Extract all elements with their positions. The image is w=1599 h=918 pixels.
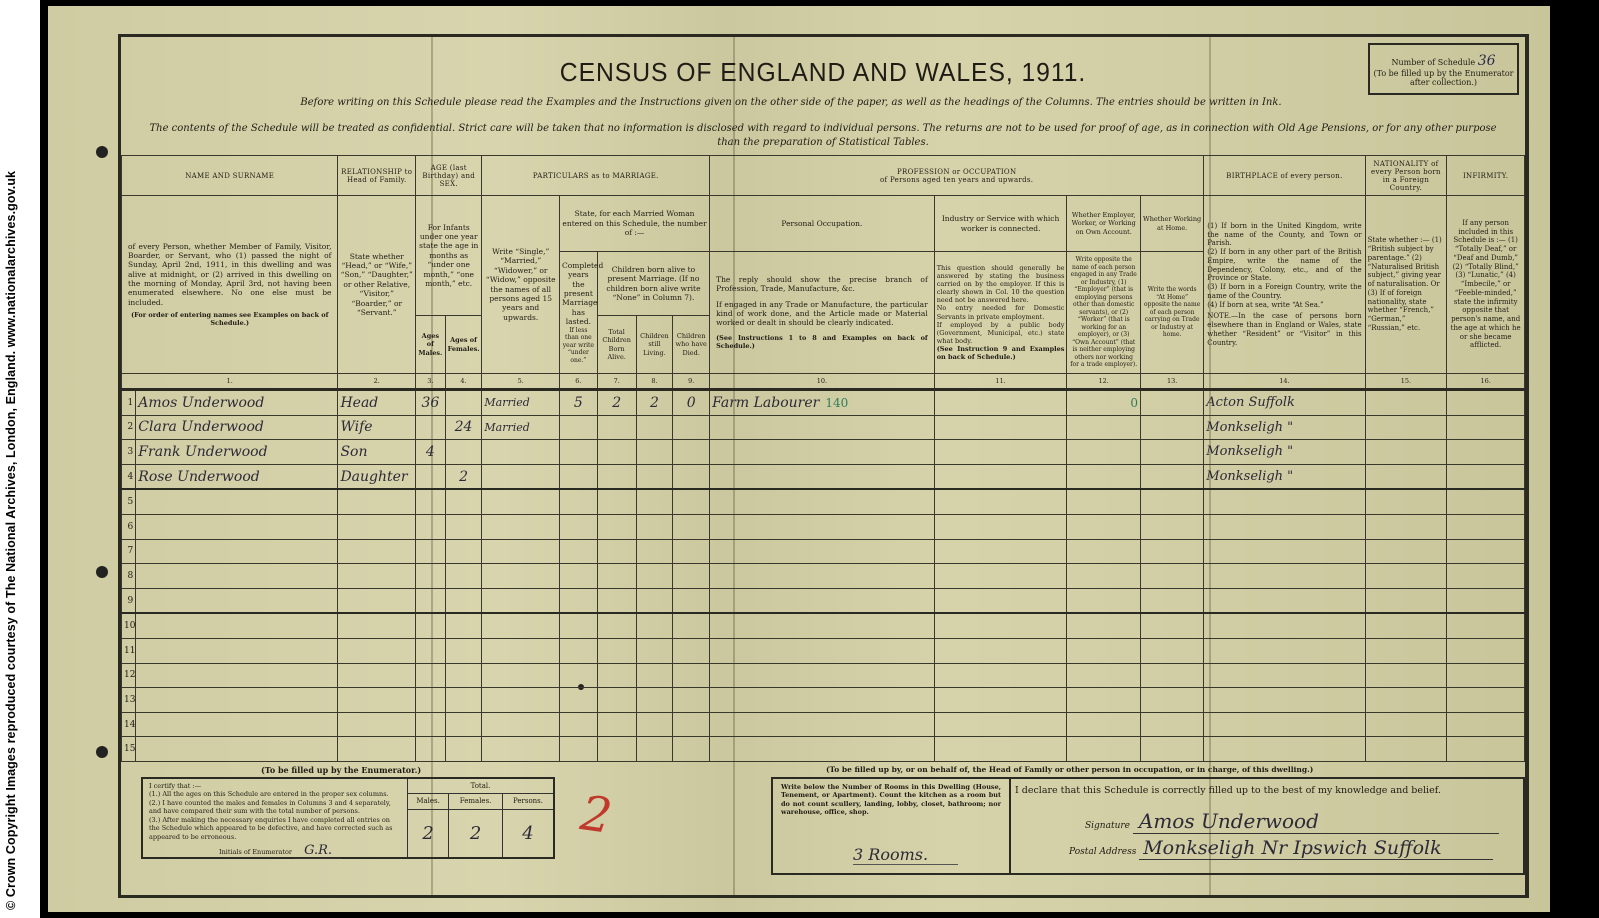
marriage-years-cell[interactable] — [560, 415, 598, 440]
row-number: 4 — [122, 464, 136, 489]
industry-cell[interactable] — [934, 539, 1067, 564]
table-row: 4Rose UnderwoodDaughter2Monkseligh " — [122, 464, 1525, 489]
children-died-cell[interactable] — [673, 539, 710, 564]
employer-cell[interactable]: 0 — [1067, 390, 1141, 416]
age-female-cell[interactable] — [445, 489, 482, 514]
enumerator-certificate-box: I certify that :— (1.) All the ages on t… — [141, 777, 555, 859]
declaration-box: I declare that this Schedule is correctl… — [1007, 777, 1525, 875]
children-total-cell[interactable] — [597, 440, 636, 465]
occupation-cell[interactable]: Farm Labourer140 — [710, 390, 935, 416]
relationship-cell[interactable] — [338, 514, 416, 539]
age-male-cell[interactable] — [416, 564, 446, 589]
children-died-cell[interactable] — [673, 688, 710, 713]
children-died-cell[interactable] — [673, 489, 710, 514]
children-living-cell[interactable] — [636, 737, 673, 762]
relationship-cell[interactable] — [338, 712, 416, 737]
marriage-years-cell[interactable] — [560, 663, 598, 688]
working-at-home-cell[interactable] — [1140, 415, 1203, 440]
name-cell[interactable]: Frank Underwood — [136, 440, 338, 465]
relationship-cell[interactable]: Daughter — [338, 464, 416, 489]
marital-status-cell[interactable]: Married — [482, 390, 560, 416]
occupation-cell[interactable] — [710, 514, 935, 539]
children-total-cell[interactable] — [597, 613, 636, 638]
infirmity-cell[interactable] — [1447, 564, 1525, 589]
page-title: CENSUS OF ENGLAND AND WALES, 1911. — [156, 57, 1490, 88]
age-male-cell[interactable] — [416, 638, 446, 663]
name-cell[interactable] — [136, 489, 338, 514]
industry-cell[interactable] — [934, 464, 1067, 489]
personal-occupation-instructions: The reply should show the precise branch… — [710, 252, 935, 374]
birthplace-cell[interactable] — [1204, 564, 1365, 589]
employer-cell[interactable] — [1067, 415, 1141, 440]
marriage-status-instructions: Write “Single,” “Married,” “Widower,” or… — [482, 196, 560, 374]
marital-status-cell[interactable] — [482, 489, 560, 514]
heading-marriage: PARTICULARS as to MARRIAGE. — [482, 156, 710, 196]
age-male-cell[interactable] — [416, 613, 446, 638]
name-cell[interactable]: Rose Underwood — [136, 464, 338, 489]
children-total-cell[interactable] — [597, 737, 636, 762]
birthplace-cell[interactable] — [1204, 489, 1365, 514]
children-living-cell[interactable] — [636, 588, 673, 613]
nationality-cell[interactable] — [1365, 638, 1447, 663]
children-total-cell[interactable] — [597, 638, 636, 663]
head-of-family-section-title: (To be filled up by, or on behalf of, th… — [826, 765, 1313, 774]
relationship-cell[interactable] — [338, 489, 416, 514]
marriage-years-cell[interactable] — [560, 712, 598, 737]
heading-birthplace: BIRTHPLACE of every person. — [1204, 156, 1365, 196]
employer-cell[interactable] — [1067, 464, 1141, 489]
children-total-cell[interactable] — [597, 539, 636, 564]
heading-total-children: Total Children Born Alive. — [597, 316, 636, 374]
marriage-years-cell[interactable] — [560, 588, 598, 613]
birthplace-cell[interactable] — [1204, 638, 1365, 663]
employer-cell[interactable] — [1067, 489, 1141, 514]
employer-cell[interactable] — [1067, 638, 1141, 663]
age-male-cell[interactable] — [416, 415, 446, 440]
table-row: 6 — [122, 514, 1525, 539]
infirmity-instructions: If any person included in this Schedule … — [1447, 196, 1525, 374]
birthplace-cell[interactable] — [1204, 688, 1365, 713]
infirmity-cell[interactable] — [1447, 390, 1525, 416]
infirmity-cell[interactable] — [1447, 638, 1525, 663]
industry-cell[interactable] — [934, 638, 1067, 663]
infirmity-cell[interactable] — [1447, 464, 1525, 489]
nationality-cell[interactable] — [1365, 613, 1447, 638]
children-living-cell[interactable] — [636, 712, 673, 737]
marriage-years-cell[interactable] — [560, 440, 598, 465]
birthplace-cell[interactable]: Monkseligh " — [1204, 440, 1365, 465]
nationality-cell[interactable] — [1365, 663, 1447, 688]
age-male-cell[interactable] — [416, 539, 446, 564]
marital-status-cell[interactable] — [482, 737, 560, 762]
employer-cell[interactable] — [1067, 564, 1141, 589]
nationality-cell[interactable] — [1365, 415, 1447, 440]
birthplace-cell[interactable]: Monkseligh " — [1204, 464, 1365, 489]
working-at-home-cell[interactable] — [1140, 464, 1203, 489]
children-total-cell[interactable] — [597, 489, 636, 514]
name-cell[interactable] — [136, 663, 338, 688]
age-male-cell[interactable]: 36 — [416, 390, 446, 416]
working-at-home-cell[interactable] — [1140, 588, 1203, 613]
birthplace-cell[interactable] — [1204, 588, 1365, 613]
children-died-cell[interactable] — [673, 613, 710, 638]
employer-cell[interactable] — [1067, 514, 1141, 539]
children-died-cell[interactable] — [673, 564, 710, 589]
children-total-cell[interactable] — [597, 464, 636, 489]
children-total-cell[interactable]: 2 — [597, 390, 636, 416]
children-died-cell[interactable] — [673, 712, 710, 737]
employer-code: 0 — [1130, 396, 1138, 410]
nationality-cell[interactable] — [1365, 440, 1447, 465]
age-male-cell[interactable] — [416, 489, 446, 514]
red-pencil-mark: 2 — [577, 785, 615, 845]
age-female-cell[interactable]: 24 — [445, 415, 482, 440]
copyright-text: © Crown Copyright Images reproduced cour… — [4, 130, 18, 910]
working-at-home-cell[interactable] — [1140, 663, 1203, 688]
heading-children-living: Children still Living. — [636, 316, 673, 374]
marital-status-cell[interactable] — [482, 712, 560, 737]
name-cell[interactable] — [136, 712, 338, 737]
nationality-cell[interactable] — [1365, 588, 1447, 613]
working-at-home-cell[interactable] — [1140, 638, 1203, 663]
table-row: 7 — [122, 539, 1525, 564]
relationship-cell[interactable] — [338, 564, 416, 589]
total-females[interactable]: 2 — [449, 809, 503, 857]
occupation-cell[interactable] — [710, 663, 935, 688]
punch-hole — [96, 566, 108, 578]
occupation-cell[interactable] — [710, 712, 935, 737]
children-total-cell[interactable] — [597, 712, 636, 737]
table-row: 2Clara UnderwoodWife24MarriedMonkseligh … — [122, 415, 1525, 440]
working-at-home-cell[interactable] — [1140, 712, 1203, 737]
children-total-cell[interactable] — [597, 415, 636, 440]
relationship-cell[interactable] — [338, 638, 416, 663]
row-number: 10 — [122, 613, 136, 638]
age-male-cell[interactable] — [416, 737, 446, 762]
marital-status-cell[interactable] — [482, 539, 560, 564]
children-total-cell[interactable] — [597, 514, 636, 539]
name-cell[interactable] — [136, 613, 338, 638]
birthplace-instructions: (1) If born in the United Kingdom, write… — [1204, 196, 1365, 374]
table-row: 11 — [122, 638, 1525, 663]
punch-hole — [96, 746, 108, 758]
occupation-cell[interactable] — [710, 564, 935, 589]
married-woman-instructions: State, for each Married Woman entered on… — [560, 196, 710, 252]
marriage-years-cell[interactable] — [560, 539, 598, 564]
marriage-years-cell[interactable] — [560, 514, 598, 539]
relationship-cell[interactable]: Son — [338, 440, 416, 465]
infirmity-cell[interactable] — [1447, 663, 1525, 688]
age-female-cell[interactable] — [445, 688, 482, 713]
relationship-cell[interactable] — [338, 663, 416, 688]
punch-hole — [96, 146, 108, 158]
marriage-years-cell[interactable] — [560, 638, 598, 663]
industry-cell[interactable] — [934, 688, 1067, 713]
total-persons[interactable]: 4 — [502, 809, 553, 857]
name-cell[interactable]: Clara Underwood — [136, 415, 338, 440]
age-female-cell[interactable] — [445, 588, 482, 613]
rooms-instruction: Write below the Number of Rooms in this … — [773, 779, 1009, 821]
age-female-cell[interactable] — [445, 663, 482, 688]
postal-address-field[interactable]: Monkseligh Nr Ipswich Suffolk — [1139, 837, 1493, 860]
age-female-cell[interactable] — [445, 613, 482, 638]
children-died-cell[interactable] — [673, 464, 710, 489]
marriage-years-cell[interactable] — [560, 564, 598, 589]
age-female-cell[interactable] — [445, 539, 482, 564]
children-total-cell[interactable] — [597, 663, 636, 688]
children-living-cell[interactable] — [636, 514, 673, 539]
working-at-home-cell[interactable] — [1140, 440, 1203, 465]
relationship-cell[interactable] — [338, 539, 416, 564]
age-male-cell[interactable]: 4 — [416, 440, 446, 465]
infirmity-cell[interactable] — [1447, 539, 1525, 564]
industry-cell[interactable] — [934, 737, 1067, 762]
infirmity-cell[interactable] — [1447, 613, 1525, 638]
heading-relationship: RELATIONSHIP to Head of Family. — [338, 156, 416, 196]
working-at-home-cell[interactable] — [1140, 489, 1203, 514]
children-living-cell[interactable] — [636, 440, 673, 465]
occupation-cell[interactable] — [710, 415, 935, 440]
children-died-cell[interactable] — [673, 514, 710, 539]
nationality-cell[interactable] — [1365, 688, 1447, 713]
marriage-years-cell[interactable] — [560, 737, 598, 762]
relationship-cell[interactable] — [338, 688, 416, 713]
schedule-number-value[interactable]: 36 — [1478, 53, 1496, 69]
working-at-home-cell[interactable] — [1140, 613, 1203, 638]
marital-status-cell[interactable] — [482, 688, 560, 713]
row-number: 8 — [122, 564, 136, 589]
age-male-cell[interactable] — [416, 663, 446, 688]
enumerator-initials[interactable]: G.R. — [294, 843, 342, 859]
children-total-cell[interactable] — [597, 564, 636, 589]
working-at-home-cell[interactable] — [1140, 688, 1203, 713]
relationship-cell[interactable] — [338, 737, 416, 762]
name-cell[interactable] — [136, 737, 338, 762]
birthplace-cell[interactable] — [1204, 514, 1365, 539]
children-total-cell[interactable] — [597, 688, 636, 713]
employer-cell[interactable] — [1067, 613, 1141, 638]
employer-cell[interactable] — [1067, 539, 1141, 564]
employer-cell[interactable] — [1067, 588, 1141, 613]
occupation-cell[interactable] — [710, 440, 935, 465]
name-cell[interactable] — [136, 588, 338, 613]
occupation-cell[interactable] — [710, 489, 935, 514]
children-living-cell[interactable] — [636, 464, 673, 489]
nationality-cell[interactable] — [1365, 564, 1447, 589]
relationship-cell[interactable]: Head — [338, 390, 416, 416]
birthplace-cell[interactable]: Monkseligh " — [1204, 415, 1365, 440]
name-cell[interactable] — [136, 539, 338, 564]
copyright-sidebar: © Crown Copyright Images reproduced cour… — [0, 0, 40, 918]
marital-status-cell[interactable] — [482, 564, 560, 589]
employer-cell[interactable] — [1067, 440, 1141, 465]
employer-cell[interactable] — [1067, 688, 1141, 713]
age-instructions: For Infants under one year state the age… — [416, 196, 482, 316]
infirmity-cell[interactable] — [1447, 588, 1525, 613]
occupation-cell[interactable] — [710, 539, 935, 564]
infirmity-cell[interactable] — [1447, 415, 1525, 440]
children-instructions: Children born alive to present Marriage.… — [597, 252, 709, 316]
nationality-cell[interactable] — [1365, 539, 1447, 564]
relationship-cell[interactable]: Wife — [338, 415, 416, 440]
employer-cell[interactable] — [1067, 737, 1141, 762]
nationality-cell[interactable] — [1365, 390, 1447, 416]
children-died-cell[interactable] — [673, 663, 710, 688]
confidential-line: The contents of the Schedule will be tre… — [121, 123, 1525, 134]
age-female-cell[interactable] — [445, 440, 482, 465]
marriage-years-cell[interactable] — [560, 489, 598, 514]
working-at-home-cell[interactable] — [1140, 737, 1203, 762]
marital-status-cell[interactable] — [482, 638, 560, 663]
working-at-home-cell[interactable] — [1140, 514, 1203, 539]
row-number: 9 — [122, 588, 136, 613]
birthplace-cell[interactable] — [1204, 737, 1365, 762]
signature-field[interactable]: Amos Underwood — [1133, 809, 1499, 834]
birthplace-cell[interactable]: Acton Suffolk — [1204, 390, 1365, 416]
birthplace-cell[interactable] — [1204, 539, 1365, 564]
children-died-cell[interactable] — [673, 638, 710, 663]
marital-status-cell[interactable]: Married — [482, 415, 560, 440]
nationality-cell[interactable] — [1365, 514, 1447, 539]
age-male-cell[interactable] — [416, 712, 446, 737]
name-cell[interactable] — [136, 638, 338, 663]
age-male-cell[interactable] — [416, 514, 446, 539]
age-male-cell[interactable] — [416, 588, 446, 613]
age-male-cell[interactable] — [416, 464, 446, 489]
schedule-number-label: Number of Schedule — [1391, 58, 1475, 67]
occupation-cell[interactable] — [710, 688, 935, 713]
children-living-cell[interactable] — [636, 613, 673, 638]
table-row: 1Amos UnderwoodHead36Married5220Farm Lab… — [122, 390, 1525, 416]
name-cell[interactable]: Amos Underwood — [136, 390, 338, 416]
working-at-home-cell[interactable] — [1140, 564, 1203, 589]
heading-ages-males: Ages of Males. — [416, 316, 446, 374]
marriage-years-cell[interactable] — [560, 688, 598, 713]
industry-cell[interactable] — [934, 390, 1067, 416]
industry-cell[interactable] — [934, 712, 1067, 737]
employer-cell[interactable] — [1067, 663, 1141, 688]
working-at-home-cell[interactable] — [1140, 390, 1203, 416]
row-number: 3 — [122, 440, 136, 465]
occupation-cell[interactable] — [710, 737, 935, 762]
age-female-cell[interactable] — [445, 737, 482, 762]
infirmity-cell[interactable] — [1447, 737, 1525, 762]
age-female-cell[interactable] — [445, 638, 482, 663]
industry-cell[interactable] — [934, 440, 1067, 465]
marriage-years-cell[interactable] — [560, 613, 598, 638]
age-male-cell[interactable] — [416, 688, 446, 713]
children-died-cell[interactable] — [673, 588, 710, 613]
table-row: 10 — [122, 613, 1525, 638]
rooms-value[interactable]: 3 Rooms. — [853, 845, 958, 865]
name-cell[interactable] — [136, 688, 338, 713]
children-total-cell[interactable] — [597, 588, 636, 613]
nationality-cell[interactable] — [1365, 464, 1447, 489]
relationship-cell[interactable] — [338, 613, 416, 638]
total-males[interactable]: 2 — [408, 809, 449, 857]
heading-industry: Industry or Service with which worker is… — [934, 196, 1067, 252]
name-cell[interactable] — [136, 564, 338, 589]
occupation-cell[interactable] — [710, 638, 935, 663]
children-died-cell[interactable]: 0 — [673, 390, 710, 416]
confidential-line-2: than the preparation of Statistical Tabl… — [121, 137, 1525, 148]
marriage-years-cell[interactable]: 5 — [560, 390, 598, 416]
children-living-cell[interactable] — [636, 489, 673, 514]
marital-status-cell[interactable] — [482, 440, 560, 465]
industry-cell[interactable] — [934, 514, 1067, 539]
employer-cell[interactable] — [1067, 712, 1141, 737]
industry-cell[interactable] — [934, 489, 1067, 514]
birthplace-cell[interactable] — [1204, 663, 1365, 688]
age-female-cell[interactable] — [445, 712, 482, 737]
column-numbers-row: 1. 2. 3. 4. 5. 6. 7. 8. 9. 10. 11. 12. 1… — [122, 374, 1525, 390]
industry-cell[interactable] — [934, 564, 1067, 589]
children-living-cell[interactable] — [636, 638, 673, 663]
occupation-cell[interactable] — [710, 464, 935, 489]
children-living-cell[interactable] — [636, 663, 673, 688]
working-at-home-cell[interactable] — [1140, 539, 1203, 564]
schedule-number-box: Number of Schedule 36 (To be filled up b… — [1368, 43, 1519, 95]
age-female-cell[interactable] — [445, 564, 482, 589]
marriage-years-cell[interactable] — [560, 464, 598, 489]
heading-age: AGE (last Birthday) and SEX. — [416, 156, 482, 196]
marital-status-cell[interactable] — [482, 514, 560, 539]
children-died-cell[interactable] — [673, 737, 710, 762]
industry-cell[interactable] — [934, 613, 1067, 638]
infirmity-cell[interactable] — [1447, 440, 1525, 465]
age-female-cell[interactable]: 2 — [445, 464, 482, 489]
nationality-cell[interactable] — [1365, 712, 1447, 737]
children-living-cell[interactable]: 2 — [636, 390, 673, 416]
infirmity-cell[interactable] — [1447, 712, 1525, 737]
relationship-cell[interactable] — [338, 588, 416, 613]
industry-cell[interactable] — [934, 588, 1067, 613]
name-instructions: of every Person, whether Member of Famil… — [122, 196, 338, 374]
children-died-cell[interactable] — [673, 440, 710, 465]
marriage-years-instructions: Completed years the present Marriage has… — [560, 252, 598, 374]
name-cell[interactable] — [136, 514, 338, 539]
marital-status-cell[interactable] — [482, 663, 560, 688]
nationality-cell[interactable] — [1365, 489, 1447, 514]
industry-cell[interactable] — [934, 663, 1067, 688]
birthplace-cell[interactable] — [1204, 613, 1365, 638]
infirmity-cell[interactable] — [1447, 688, 1525, 713]
infirmity-cell[interactable] — [1447, 514, 1525, 539]
table-row: 3Frank UnderwoodSon4Monkseligh " — [122, 440, 1525, 465]
marital-status-cell[interactable] — [482, 613, 560, 638]
nationality-cell[interactable] — [1365, 737, 1447, 762]
row-number: 15 — [122, 737, 136, 762]
heading-nationality: NATIONALITY of every Person born in a Fo… — [1365, 156, 1447, 196]
row-number: 2 — [122, 415, 136, 440]
row-number: 1 — [122, 390, 136, 416]
industry-cell[interactable] — [934, 415, 1067, 440]
age-female-cell[interactable] — [445, 514, 482, 539]
occupation-cell[interactable] — [710, 613, 935, 638]
children-living-cell[interactable] — [636, 539, 673, 564]
infirmity-cell[interactable] — [1447, 489, 1525, 514]
children-living-cell[interactable] — [636, 688, 673, 713]
marital-status-cell[interactable] — [482, 588, 560, 613]
children-living-cell[interactable] — [636, 564, 673, 589]
heading-name: NAME AND SURNAME — [122, 156, 338, 196]
occupation-cell[interactable] — [710, 588, 935, 613]
birthplace-cell[interactable] — [1204, 712, 1365, 737]
marital-status-cell[interactable] — [482, 464, 560, 489]
children-living-cell[interactable] — [636, 415, 673, 440]
age-female-cell[interactable] — [445, 390, 482, 416]
children-died-cell[interactable] — [673, 415, 710, 440]
